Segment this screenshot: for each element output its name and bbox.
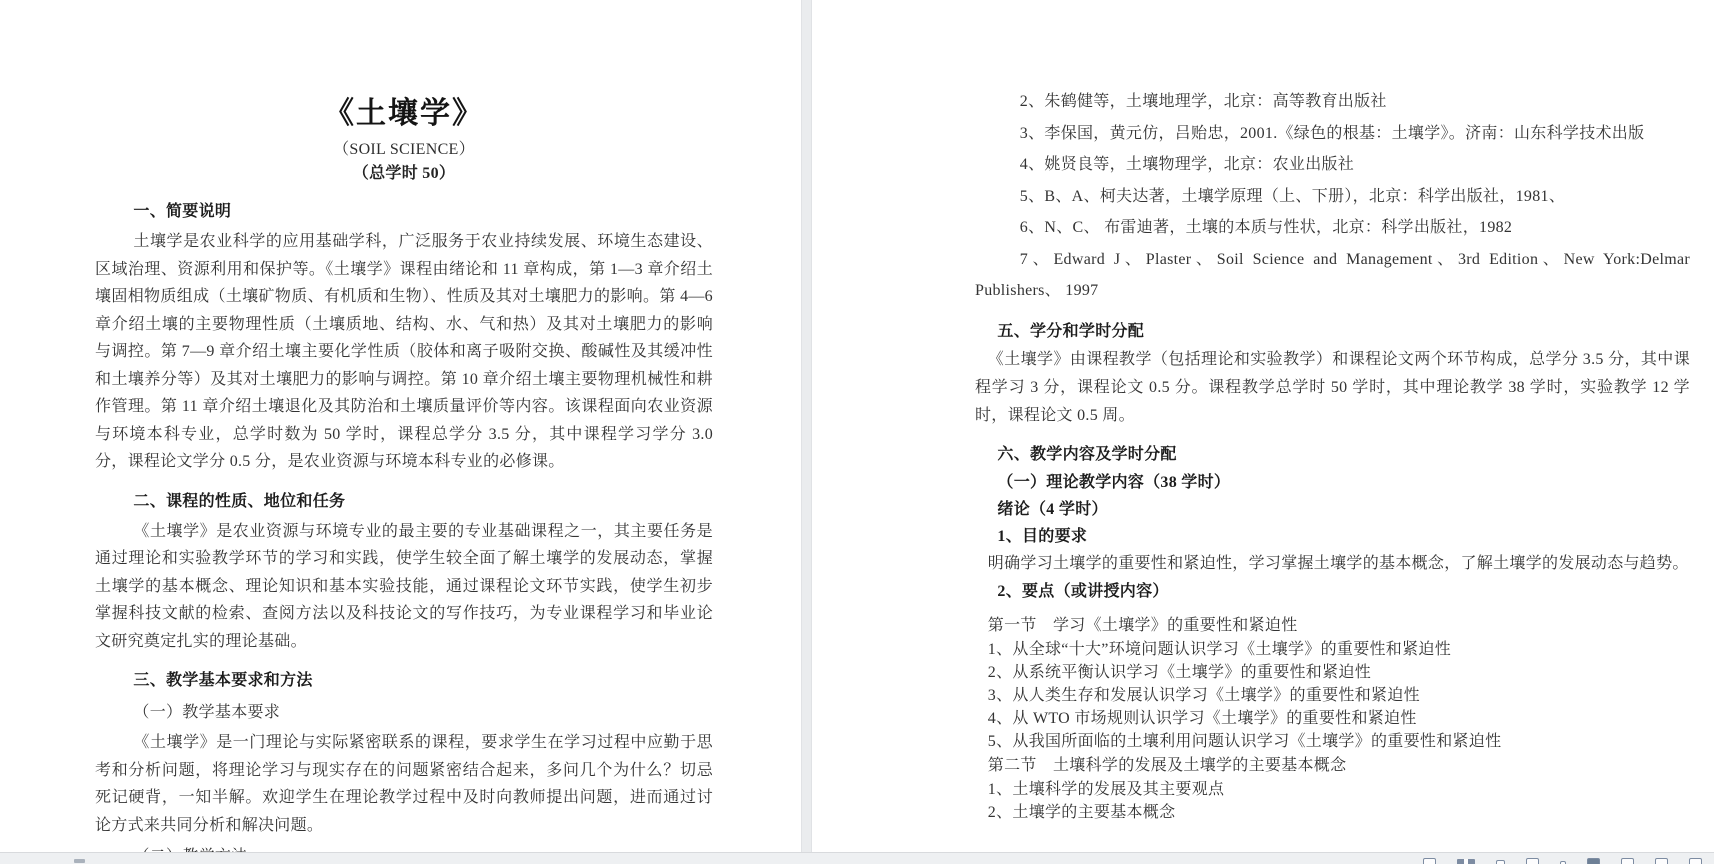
ref-text: 5、B、A、柯夫达著，土壤学原理（上、下册），北京：科学出版社，1981、 xyxy=(975,181,1690,213)
item-text: 2、土壤学的主要基本概念 xyxy=(975,801,1690,824)
title-text: 《土壤学》 xyxy=(95,96,713,132)
document-viewer-window: 《土壤学》（SOIL SCIENCE）（总学时 50）一、简要说明土壤学是农业科… xyxy=(0,0,1714,864)
section-text: 第一节 学习《土壤学》的重要性和紧迫性 xyxy=(975,613,1690,638)
heading-text: 六、教学内容及学时分配 xyxy=(975,440,1690,469)
status-left-text-clipped xyxy=(74,859,85,863)
item-text: 5、从我国所面临的土壤利用问题认识学习《土壤学》的重要性和紧迫性 xyxy=(975,730,1690,753)
ref-text: 4、姚贤良等，土壤物理学，北京：农业出版社 xyxy=(975,149,1690,181)
grid-view-icon[interactable] xyxy=(1457,859,1475,864)
status-bar xyxy=(0,852,1714,864)
zoom-in-icon[interactable] xyxy=(1689,858,1702,864)
subtitle2-text: （总学时 50） xyxy=(95,162,713,186)
item-text: 1、从全球“十大”环境问题认识学习《土壤学》的重要性和紧迫性 xyxy=(975,638,1690,661)
zoom-slider-icon[interactable] xyxy=(1655,858,1668,864)
print-layout-icon[interactable] xyxy=(1526,858,1539,864)
item-text: 2、从系统平衡认识学习《土壤学》的重要性和紧迫性 xyxy=(975,661,1690,684)
subhead-text: 绪论（4 学时） xyxy=(975,496,1690,523)
subhead-text: 1、目的要求 xyxy=(975,523,1690,550)
outline-view-icon[interactable] xyxy=(1587,858,1600,864)
ref-text: 2、朱鹤健等，土壤地理学，北京：高等教育出版社 xyxy=(975,86,1690,118)
thumbnail-view-icon[interactable] xyxy=(1423,858,1436,864)
subhead-text: （一）理论教学内容（38 学时） xyxy=(975,469,1690,496)
ref-text: 7、Edward J、Plaster、Soil Science and Mana… xyxy=(975,244,1690,307)
item-text: 1、土壤科学的发展及其主要观点 xyxy=(975,778,1690,801)
item-text: 3、从人类生存和发展认识学习《土壤学》的重要性和紧迫性 xyxy=(975,684,1690,707)
ref-text: 6、N、C、 布雷迪著，土壤的本质与性状，北京：科学出版社，1982 xyxy=(975,212,1690,244)
ref-text: 3、李保国，黄元仿，吕贻忠，2001.《绿色的根基：土壤学》。济南：山东科学技术… xyxy=(975,118,1690,150)
document-page-1[interactable]: 《土壤学》（SOIL SCIENCE）（总学时 50）一、简要说明土壤学是农业科… xyxy=(0,0,801,853)
read-mode-icon[interactable] xyxy=(1496,860,1505,864)
heading-text: 二、课程的性质、地位和任务 xyxy=(95,488,713,516)
item-text: 4、从 WTO 市场规则认识学习《土壤学》的重要性和紧迫性 xyxy=(975,707,1690,730)
status-bar-icons xyxy=(1423,858,1702,864)
heading-text: 一、简要说明 xyxy=(95,198,713,226)
subtitle-text: （SOIL SCIENCE） xyxy=(95,138,713,162)
heading-text: 五、学分和学时分配 xyxy=(975,317,1690,346)
para-text: 《土壤学》是一门理论与实际紧密联系的课程，要求学生在学习过程中应勤于思考和分析问… xyxy=(95,729,713,839)
section-text: 第二节 土壤科学的发展及土壤学的主要基本概念 xyxy=(975,753,1690,778)
page-gap-divider xyxy=(801,0,812,853)
subhead-text: 2、要点（或讲授内容） xyxy=(975,578,1690,605)
para-text: 土壤学是农业科学的应用基础学科，广泛服务于农业持续发展、环境生态建设、区域治理、… xyxy=(95,228,713,476)
sub-text: （一）教学基本要求 xyxy=(95,699,713,727)
zoom-out-icon[interactable] xyxy=(1621,858,1634,864)
para-text: 《土壤学》是农业资源与环境专业的最主要的专业基础课程之一，其主要任务是通过理论和… xyxy=(95,518,713,656)
para-text: 《土壤学》由课程教学（包括理论和实验教学）和课程论文两个环节构成，总学分 3.5… xyxy=(975,346,1690,430)
heading-text: 三、教学基本要求和方法 xyxy=(95,667,713,695)
document-page-2[interactable]: 2、朱鹤健等，土壤地理学，北京：高等教育出版社3、李保国，黄元仿，吕贻忠，200… xyxy=(812,0,1714,853)
para-text: 明确学习土壤学的重要性和紧迫性，学习掌握土壤学的基本概念，了解土壤学的发展动态与… xyxy=(975,550,1690,578)
